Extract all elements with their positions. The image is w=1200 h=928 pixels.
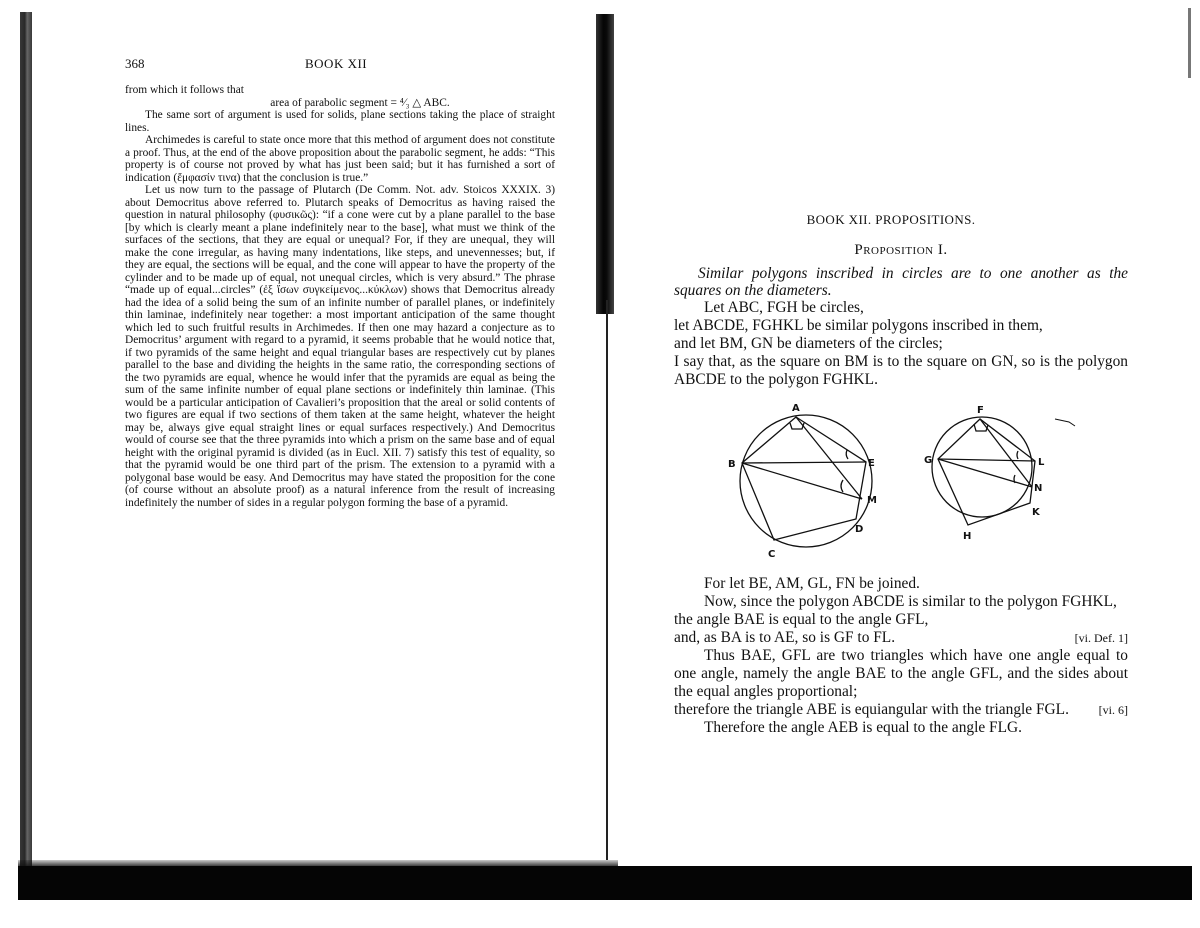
page-number: 368 [125, 56, 145, 72]
circle-fgh-diagram: F G H K L N [920, 399, 1090, 567]
scan-bottom-bar [18, 866, 1192, 900]
label-b: B [728, 459, 736, 470]
proof-line-text: Therefore the angle AEB is equal to the … [704, 719, 1022, 736]
scan-left-edge [20, 12, 32, 872]
proof-text: For let BE, AM, GL, FN be joined. Now, s… [674, 575, 1128, 737]
book-title: BOOK XII [305, 56, 367, 72]
proof-line: therefore the triangle ABE is equiangula… [674, 701, 1128, 719]
proof-line-text: For let BE, AM, GL, FN be joined. [704, 575, 920, 592]
reference-citation: [vi. 6] [1099, 701, 1128, 719]
label-d: D [855, 524, 863, 535]
label-k: K [1032, 507, 1041, 518]
label-n: N [1034, 483, 1042, 494]
reference-citation: [vi. Def. 1] [1075, 629, 1128, 647]
geometry-figure: A B C D E M F G H [674, 399, 1128, 567]
proof-line: and, as BA is to AE, so is GF to FL.[vi.… [674, 629, 1128, 647]
left-body-text: from which it follows that area of parab… [125, 84, 555, 509]
right-running-head: BOOK XII. PROPOSITIONS. [654, 212, 1128, 228]
setup-text: Let ABC, FGH be circles, let ABCDE, FGHK… [674, 299, 1128, 389]
label-e: E [868, 458, 875, 469]
label-m: M [867, 495, 877, 506]
formula: area of parabolic segment = ⁴⁄₃ △ ABC. [125, 97, 555, 110]
left-page: 368 BOOK XII from which it follows that … [125, 56, 555, 509]
right-page: BOOK XII. PROPOSITIONS. Proposition I. S… [674, 212, 1128, 737]
left-running-head: 368 BOOK XII [125, 56, 555, 76]
paragraph: The same sort of argument is used for so… [125, 109, 555, 134]
proof-line-text: Thus BAE, GFL are two triangles which ha… [674, 647, 1128, 700]
book-spine-shadow [596, 14, 614, 314]
paragraph: Let us now turn to the passage of Plutar… [125, 184, 555, 509]
label-f: F [977, 405, 984, 416]
label-h: H [963, 531, 971, 542]
setup-line: I say that, as the square on BM is to th… [674, 353, 1128, 389]
setup-line: and let BM, GN be diameters of the circl… [674, 335, 1128, 353]
book-spine-line [606, 300, 608, 860]
label-l: L [1038, 457, 1045, 468]
circle-abc-diagram: A B C D E M [722, 399, 892, 567]
paragraph: Archimedes is careful to state once more… [125, 134, 555, 184]
proof-line-text: the angle BAE is equal to the angle GFL, [674, 611, 928, 628]
scan-right-edge [1188, 8, 1191, 78]
label-a: A [792, 403, 800, 414]
paragraph: from which it follows that [125, 84, 555, 97]
proof-line: the angle BAE is equal to the angle GFL, [674, 611, 1128, 629]
setup-line: let ABCDE, FGHKL be similar polygons ins… [674, 317, 1128, 335]
proof-line: Thus BAE, GFL are two triangles which ha… [674, 647, 1128, 701]
proof-line: Therefore the angle AEB is equal to the … [674, 719, 1128, 737]
proof-line-text: and, as BA is to AE, so is GF to FL. [674, 629, 895, 646]
proof-line-text: Now, since the polygon ABCDE is similar … [704, 593, 1117, 610]
enunciation: Similar polygons inscribed in circles ar… [674, 265, 1128, 299]
proof-line-text: therefore the triangle ABE is equiangula… [674, 701, 1069, 718]
proof-line: Now, since the polygon ABCDE is similar … [674, 593, 1128, 611]
setup-line: Let ABC, FGH be circles, [674, 299, 1128, 317]
proof-line: For let BE, AM, GL, FN be joined. [674, 575, 1128, 593]
label-g: G [924, 455, 932, 466]
label-c: C [768, 549, 775, 560]
proposition-title: Proposition I. [674, 242, 1128, 259]
